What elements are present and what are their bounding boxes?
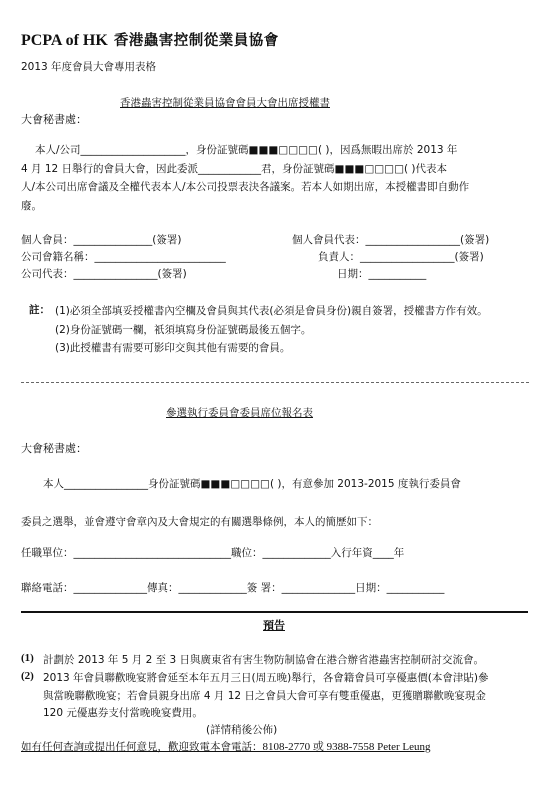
proxy-salutation: 大會秘書處：	[21, 111, 87, 127]
contact-info: 如有任何查詢或提出任何意見，歡迎致電本會電話：8108-2770 或 9388-…	[21, 738, 431, 754]
proxy-body-line: 4 月 12 日舉行的會員大會，因此委派____________君，身份証號碼■…	[21, 160, 529, 179]
notice-item-2-number: (2)	[21, 670, 34, 682]
cut-line-divider	[21, 382, 529, 383]
person-in-charge-field[interactable]: 負責人：__________________(簽署)	[318, 249, 484, 264]
notes-list: (1)必須全部填妥授權書內空欄及會員與其代表(必須是會員身份)親自簽署，授權書方…	[55, 302, 488, 358]
proxy-body-line: 本人/公司____________________，身份証號碼■■■□□□□( …	[21, 141, 529, 160]
proxy-body: 本人/公司____________________，身份証號碼■■■□□□□( …	[21, 141, 529, 215]
notice-item-1-number: (1)	[21, 652, 34, 664]
note-item: (3)此授權書有需要可影印交與其他有需要的會員。	[55, 339, 488, 358]
company-name-field[interactable]: 公司會籍名稱：_________________________	[21, 249, 226, 264]
nomination-body-line2: 委員之選舉，並會遵守會章內及大會規定的有關選舉條例，本人的簡歷如下：	[21, 514, 378, 529]
notice-line: 120 元優惠券支付當晚晚宴費用。	[43, 705, 488, 723]
contact-text: 如有任何查詢或提出任何意見，歡迎致電本會電話：	[21, 741, 263, 753]
section-divider	[21, 611, 528, 613]
notice-item-1-text: 計劃於 2013 年 5 月 2 至 3 日與廣東省有害生物防制協會在港合辦省港…	[43, 652, 484, 667]
notice-line: 2013 年會員聯歡晚宴將會延至本年五月三日(周五晚)舉行，各會籍會員可享優惠價…	[43, 670, 488, 688]
proxy-body-line: 人/本公司出席會議及全權代表本人/本公司投票表決各議案。若本人如期出席，本授權書…	[21, 178, 529, 197]
company-rep-field[interactable]: 公司代表：________________(簽署)	[21, 266, 187, 281]
note-item: (1)必須全部填妥授權書內空欄及會員與其代表(必須是會員身份)親自簽署，授權書方…	[55, 302, 488, 321]
contact-fields-row[interactable]: 聯絡電話：______________傳真：_____________簽 署：_…	[21, 580, 444, 595]
notice-title: 預告	[263, 617, 285, 633]
nomination-salutation: 大會秘書處：	[21, 440, 87, 456]
individual-member-field[interactable]: 個人會員：_______________(簽署)	[21, 232, 181, 247]
notice-item-2-text: 2013 年會員聯歡晚宴將會延至本年五月三日(周五晚)舉行，各會籍會員可享優惠價…	[43, 670, 488, 723]
nomination-form-title: 參選執行委員會委員席位報名表	[166, 405, 313, 420]
proxy-body-line: 廢。	[21, 197, 529, 216]
note-item: (2)身份証號碼一欄，祇須填寫身份証號碼最後五個字。	[55, 321, 488, 340]
contact-phone-numbers: 8108-2770 或 9388-7558 Peter Leung	[263, 741, 431, 753]
organization-title: PCPA of HK香港蟲害控制從業員協會	[21, 29, 279, 50]
individual-rep-field[interactable]: 個人會員代表：__________________(簽署)	[292, 232, 489, 247]
form-subtitle: 2013 年度會員大會專用表格	[21, 59, 156, 74]
org-name-english: PCPA of HK	[21, 32, 108, 49]
proxy-form-title: 香港蟲害控制從業員協會會員大會出席授權書	[120, 95, 330, 110]
nomination-body-line1[interactable]: 本人________________身份証號碼■■■□□□□( )，有意參加 2…	[43, 476, 461, 491]
details-later-note: (詳情稍後公佈)	[206, 722, 277, 737]
notice-line: 與當晚聯歡晚宴；若會員親身出席 4 月 12 日之會員大會可享有雙重優惠，更獲贈…	[43, 688, 488, 706]
notes-label: 註：	[29, 302, 50, 317]
org-name-chinese: 香港蟲害控制從業員協會	[114, 33, 279, 49]
employment-fields-row[interactable]: 任職單位：______________________________職位：__…	[21, 545, 404, 560]
date-field[interactable]: 日期：___________	[337, 266, 426, 281]
